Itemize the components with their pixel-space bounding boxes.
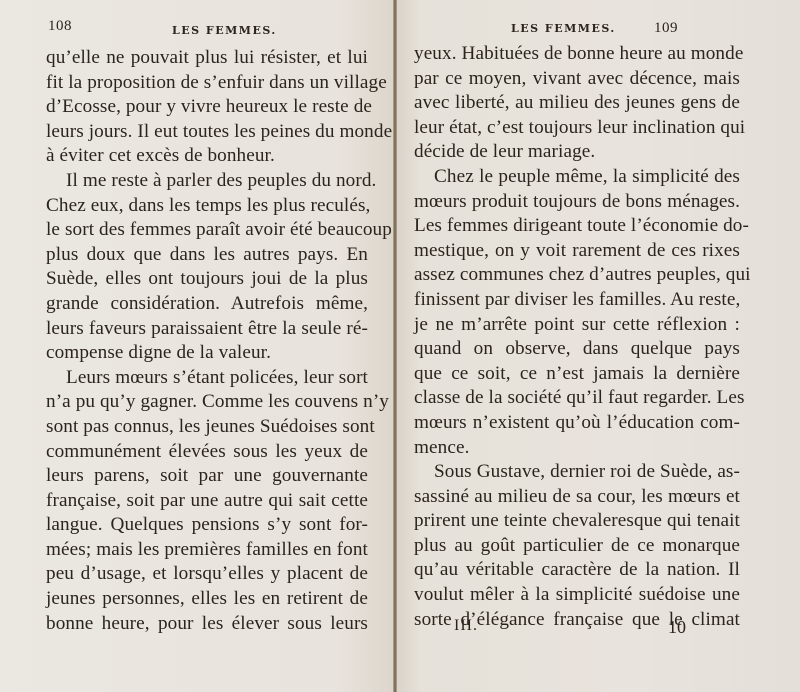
text-line: je ne m’arrête point sur cette réflexion… <box>414 313 740 338</box>
text-line: qu’au véritable caractère de la nation. … <box>414 558 740 583</box>
text-line: jeunes personnes, elles les en retirent … <box>46 587 368 612</box>
text-line: peu d’usage, et lorsqu’elles y placent d… <box>46 562 368 587</box>
text-line: voulut mêler à la simplicité suédoise un… <box>414 583 740 608</box>
text-line: Chez le peuple même, la simplicité des <box>414 165 740 190</box>
text-line: Il me reste à parler des peuples du nord… <box>46 169 368 194</box>
text-line: grande considération. Autrefois même, <box>46 292 368 317</box>
running-head-right: LES FEMMES. <box>511 22 616 35</box>
text-line: leurs parens, soit par une gouvernante <box>46 464 368 489</box>
text-line: le sort des femmes paraît avoir été beau… <box>46 218 368 243</box>
page-number-left: 108 <box>48 18 72 35</box>
text-line: par ce moyen, vivant avec décence, mais <box>414 67 740 92</box>
text-line: prirent une teinte chevaleresque qui ten… <box>414 509 740 534</box>
text-line: à éviter cet excès de bonheur. <box>46 144 368 169</box>
text-line: leurs faveurs paraissaient être la seule… <box>46 317 368 342</box>
text-line: leur état, c’est toujours leur inclinati… <box>414 116 740 141</box>
text-line: Les femmes dirigeant toute l’économie do… <box>414 214 740 239</box>
text-line: leurs jours. Il eut toutes les peines du… <box>46 120 368 145</box>
left-page: 108 LES FEMMES. qu’elle ne pouvait plus … <box>0 0 396 692</box>
text-line: communément élevées sous les yeux de <box>46 440 368 465</box>
text-line: mées; mais les premières familles en fon… <box>46 538 368 563</box>
text-line: décide de leur mariage. <box>414 140 740 165</box>
text-line: fit la proposition de s’enfuir dans un v… <box>46 71 368 96</box>
text-line: compense digne de la valeur. <box>46 341 368 366</box>
text-line: quand on observe, dans quelque pays <box>414 337 740 362</box>
open-book: 108 LES FEMMES. qu’elle ne pouvait plus … <box>0 0 800 692</box>
text-line: finissent par diviser les familles. Au r… <box>414 288 740 313</box>
text-line: mœurs n’existent qu’où l’éducation com- <box>414 411 740 436</box>
text-line: Suède, elles ont toujours joui de la plu… <box>46 267 368 292</box>
text-line: d’Ecosse, pour y vivre heureux le reste … <box>46 95 368 120</box>
page-number-right: 109 <box>654 20 678 37</box>
text-line: classe de la société qu’il faut regarder… <box>414 386 740 411</box>
text-line: mestique, on y voit rarement de ces rixe… <box>414 239 740 264</box>
text-line: bonne heure, pour les élever sous leurs <box>46 612 368 637</box>
text-line: qu’elle ne pouvait plus lui résister, et… <box>46 46 368 71</box>
book-gutter <box>393 0 397 692</box>
text-line: Chez eux, dans les temps les plus reculé… <box>46 194 368 219</box>
text-line: avec liberté, au milieu des jeunes gens … <box>414 91 740 116</box>
text-line: Leurs mœurs s’étant policées, leur sort <box>46 366 368 391</box>
running-head-left: LES FEMMES. <box>172 24 277 37</box>
signature-volume: III. <box>454 617 478 635</box>
signature-number: 10 <box>668 617 686 638</box>
text-line: plus doux que dans les autres pays. En <box>46 243 368 268</box>
text-line: sont pas connus, les jeunes Suédoises so… <box>46 415 368 440</box>
text-line: mœurs produit toujours de bons ménages. <box>414 190 740 215</box>
text-line: sassiné au milieu de sa cour, les mœurs … <box>414 485 740 510</box>
text-line: française, soit par une autre qui sait c… <box>46 489 368 514</box>
text-line: assez communes chez d’autres peuples, qu… <box>414 263 740 288</box>
text-line: que ce soit, ce n’est jamais la dernière <box>414 362 740 387</box>
text-line: langue. Quelques pensions s’y sont for- <box>46 513 368 538</box>
text-line: plus au goût particulier de ce monarque <box>414 534 740 559</box>
body-text-left: qu’elle ne pouvait plus lui résister, et… <box>46 46 368 636</box>
text-line: yeux. Habituées de bonne heure au monde <box>414 42 740 67</box>
body-text-right: yeux. Habituées de bonne heure au mondep… <box>414 42 740 632</box>
text-line: Sous Gustave, dernier roi de Suède, as- <box>414 460 740 485</box>
text-line: n’a pu qu’y gagner. Comme les couvens n’… <box>46 390 368 415</box>
text-line: mence. <box>414 436 740 461</box>
right-page: LES FEMMES. 109 yeux. Habituées de bonne… <box>396 0 800 692</box>
